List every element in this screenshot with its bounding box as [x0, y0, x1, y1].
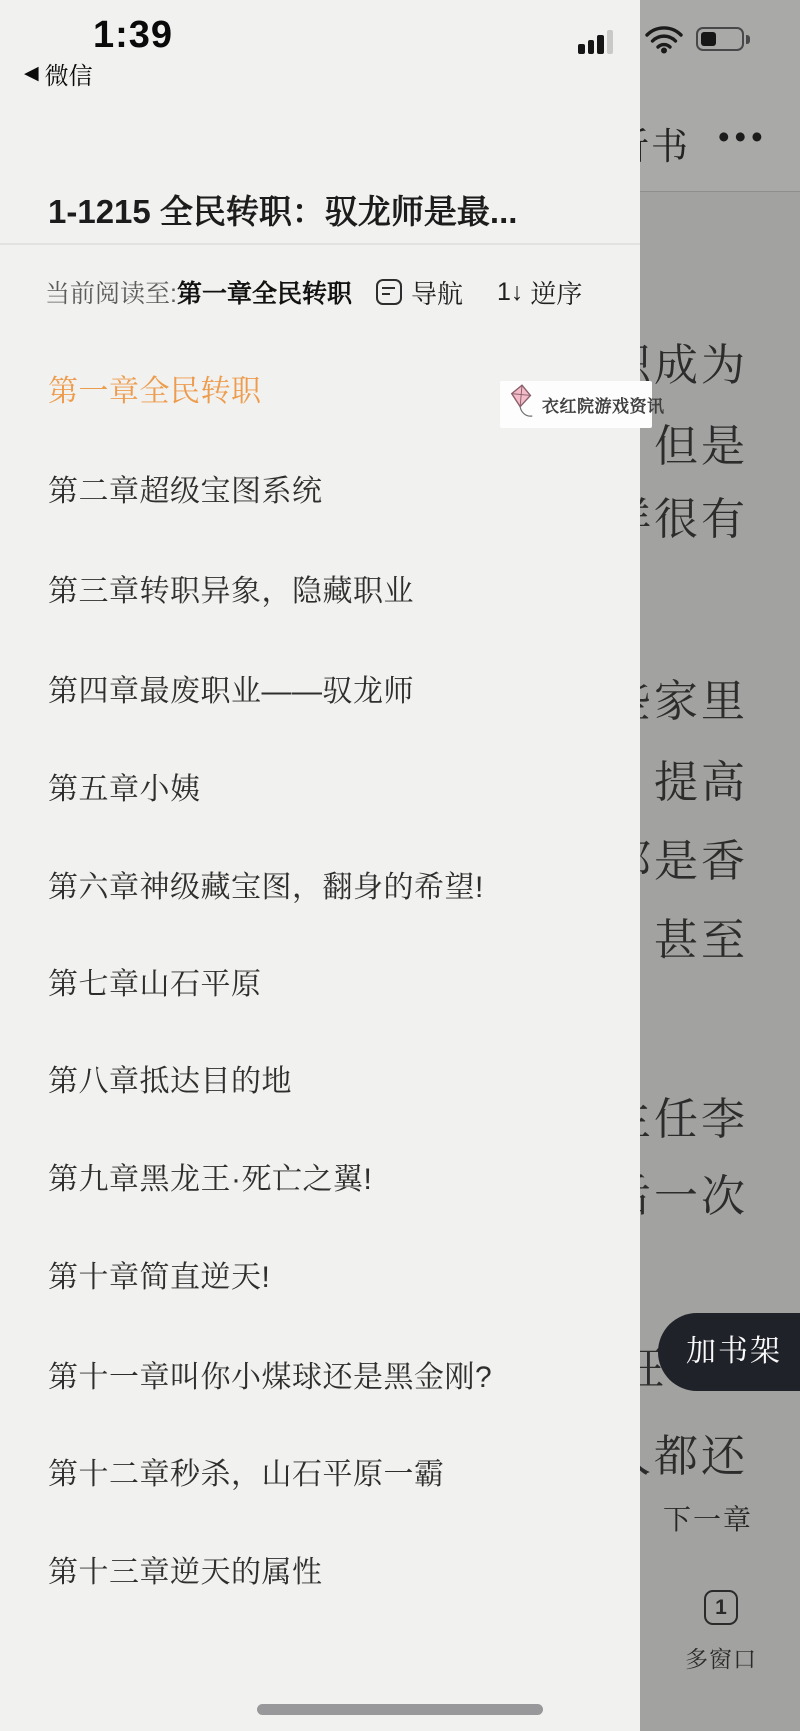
chapter-item[interactable]: 第十三章逆天的属性 — [48, 1554, 323, 1592]
navigation-icon — [376, 279, 402, 305]
divider — [0, 243, 640, 245]
back-app-label: 微信 — [45, 56, 93, 91]
cellular-signal-icon — [578, 29, 613, 54]
chapter-item[interactable]: 第十二章秒杀，山石平原一霸 — [48, 1456, 445, 1494]
page-text-fragment: 甚至 — [654, 904, 748, 968]
chapter-item[interactable]: 第三章转职异象，隐藏职业 — [48, 573, 414, 611]
watermark-text: 衣红院游戏资讯 — [542, 392, 665, 417]
chapter-item[interactable]: 第四章最废职业——驭龙师 — [48, 673, 414, 711]
chapter-item[interactable]: 第二章超级宝图系统 — [48, 473, 323, 511]
book-title: 1-1215 全民转职：驭龙师是最... — [48, 186, 517, 233]
battery-icon — [696, 27, 750, 51]
back-arrow-icon: ◀ — [24, 64, 39, 83]
watermark-badge: 衣红院游戏资讯 — [500, 381, 652, 428]
home-indicator[interactable] — [257, 1704, 543, 1715]
current-chapter-label: 第一章全民转职 — [177, 274, 352, 310]
back-to-wechat-button[interactable]: ◀ 微信 — [24, 56, 93, 91]
chapter-item[interactable]: 第十章简直逆天! — [48, 1259, 270, 1297]
add-to-shelf-button[interactable]: 加书架 — [658, 1313, 800, 1391]
chapter-item[interactable]: 第一章全民转职 — [48, 373, 262, 411]
chapter-item[interactable]: 第八章抵达目的地 — [48, 1063, 292, 1101]
reader-screen: 听书 ••• 职成为 但是 样很有 些家里 提高 都是香 甚至 主任李 后一次 … — [0, 0, 800, 1731]
navigation-button[interactable]: 导航 — [376, 274, 463, 311]
sort-order-icon: 1↓ — [497, 278, 523, 307]
kite-icon — [508, 384, 536, 425]
chapter-item[interactable]: 第六章神级藏宝图，翻身的希望! — [48, 869, 484, 907]
status-time: 1:39 — [93, 14, 173, 57]
chapter-item[interactable]: 第五章小姨 — [48, 771, 201, 809]
reading-progress-label: 当前阅读至: — [45, 274, 177, 310]
chapter-list-panel: 1:39 ◀ 微信 1-1215 全民转职：驭龙师是最... 当前阅读至: 第一… — [0, 0, 640, 1731]
chapter-item[interactable]: 第九章黑龙王·死亡之翼! — [48, 1161, 372, 1199]
reading-progress-row: 当前阅读至: 第一章全民转职 导航 1↓ 逆序 — [45, 272, 582, 312]
page-text-fragment: 提高 — [654, 746, 748, 810]
chapter-item[interactable]: 第七章山石平原 — [48, 966, 262, 1004]
multi-window-icon[interactable]: 1 — [704, 1590, 738, 1625]
more-menu-icon[interactable]: ••• — [718, 118, 768, 156]
wifi-icon — [645, 26, 683, 59]
page-text-fragment: 但是 — [654, 410, 748, 474]
multi-window-label[interactable]: 多窗口 — [685, 1641, 757, 1674]
chapter-item[interactable]: 第十一章叫你小煤球还是黑金刚? — [48, 1359, 492, 1397]
reverse-order-button[interactable]: 1↓ 逆序 — [497, 274, 582, 311]
next-chapter-button[interactable]: 下一章 — [663, 1498, 753, 1538]
